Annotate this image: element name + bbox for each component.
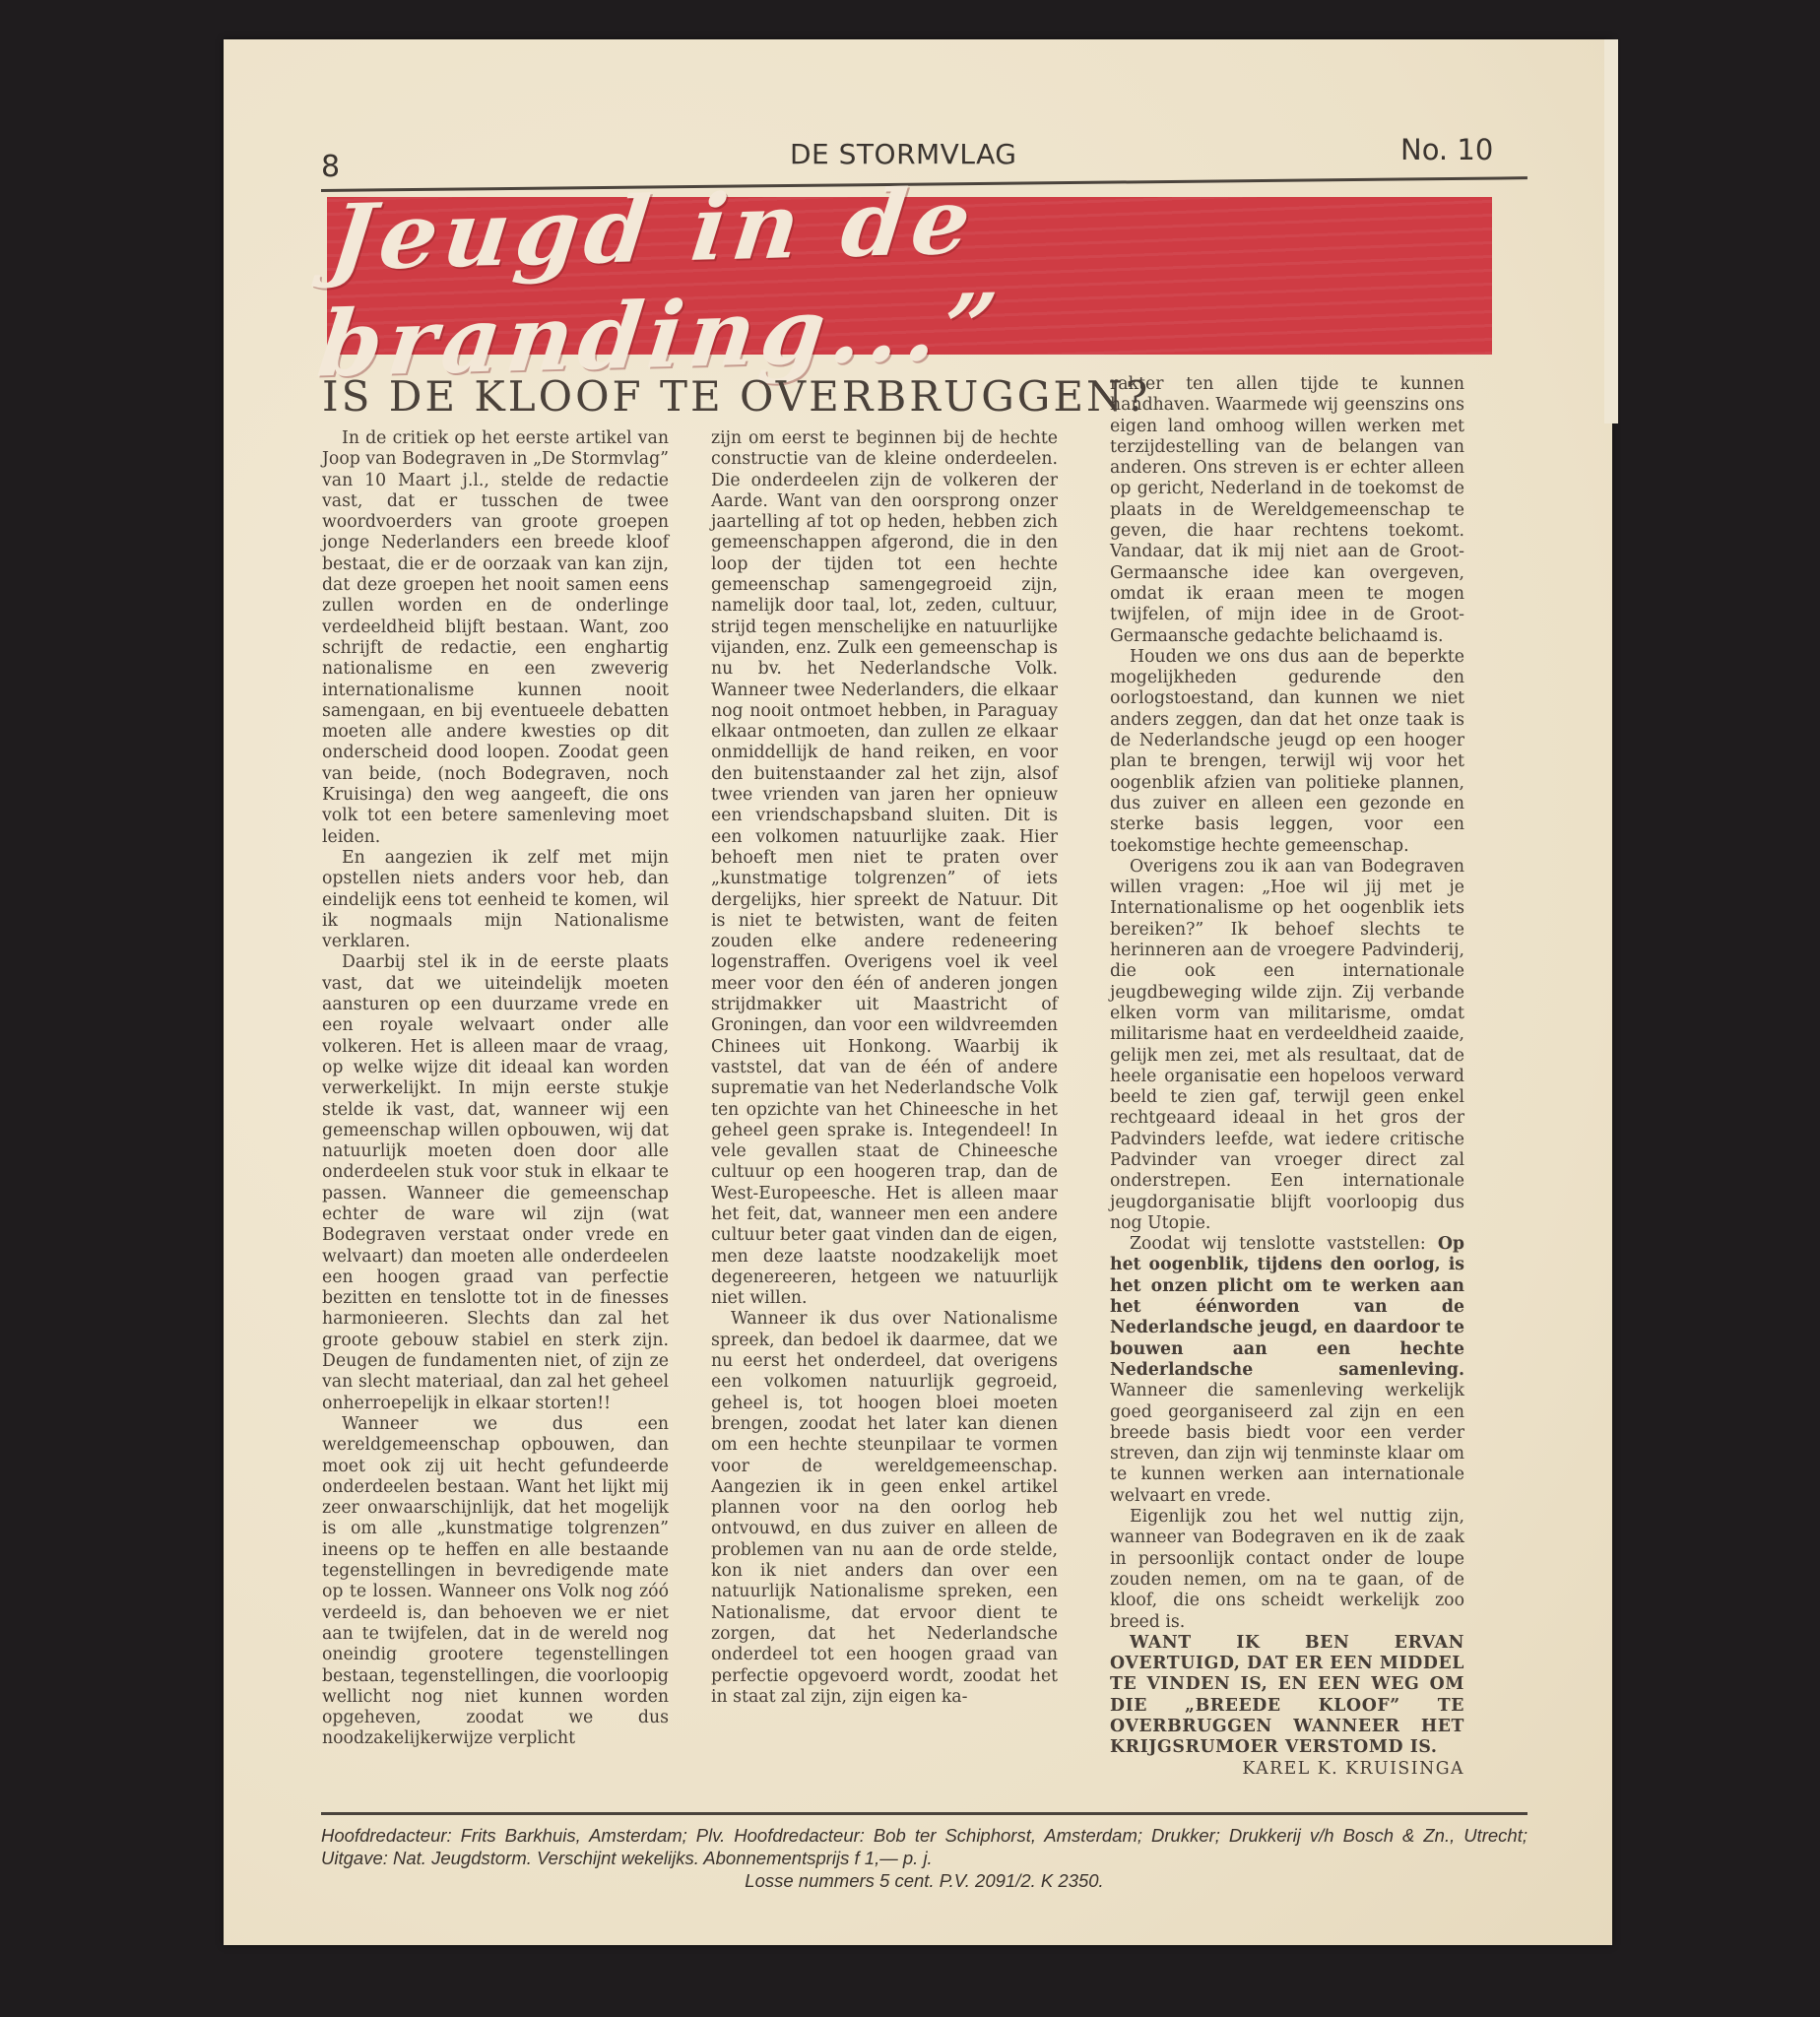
conclusion-bold: Op het oogenblik, tijdens den oorlog, is… bbox=[1110, 1234, 1464, 1380]
colophon-line-2: Losse nummers 5 cent. P.V. 2091/2. K 235… bbox=[321, 1869, 1527, 1892]
author-signature: KAREL K. KRUISINGA bbox=[1110, 1759, 1464, 1780]
caps-statement: WANT IK BEN ERVAN OVERTUIGD, DAT ER EEN … bbox=[1110, 1633, 1464, 1759]
torn-edge bbox=[1604, 39, 1618, 423]
paragraph: In de critiek op het eerste artikel van … bbox=[322, 428, 669, 848]
publication-title: DE STORMVLAG bbox=[790, 138, 1016, 170]
colophon-line-1: Hoofdredacteur: Frits Barkhuis, Amsterda… bbox=[321, 1824, 1527, 1869]
article-column-3: rakter ten allen tijde te kunnen handhav… bbox=[1110, 374, 1464, 1780]
footer-divider bbox=[321, 1812, 1527, 1815]
paragraph: Wanneer we dus een wereldgemeenschap opb… bbox=[322, 1414, 669, 1750]
banner-title: Jeugd in de branding...” bbox=[313, 155, 1507, 398]
conclusion-rest: Wanneer die samenleving werkelijk goed g… bbox=[1110, 1381, 1464, 1505]
conclusion-lead: Zoodat wij tenslotte vaststellen: bbox=[1130, 1234, 1438, 1254]
paragraph: Overigens zou ik aan van Bodegraven will… bbox=[1110, 857, 1464, 1234]
paragraph: En aangezien ik zelf met mijn opstellen … bbox=[322, 848, 669, 952]
paragraph: zijn om eerst te beginnen bij de hechte … bbox=[711, 428, 1058, 1309]
article-column-1: In de critiek op het eerste artikel van … bbox=[322, 428, 669, 1750]
newspaper-page: 8 DE STORMVLAG No. 10 Jeugd in de brandi… bbox=[224, 39, 1612, 1945]
section-banner: Jeugd in de branding...” bbox=[327, 197, 1492, 355]
colophon: Hoofdredacteur: Frits Barkhuis, Amsterda… bbox=[321, 1824, 1527, 1892]
paragraph: Houden we ons dus aan de beperkte mogeli… bbox=[1110, 647, 1464, 857]
article-column-2: zijn om eerst te beginnen bij de hechte … bbox=[711, 428, 1058, 1708]
paragraph: Eigenlijk zou het wel nuttig zijn, wanne… bbox=[1110, 1507, 1464, 1633]
paragraph: Daarbij stel ik in de eerste plaats vast… bbox=[322, 952, 669, 1414]
page-number: 8 bbox=[321, 150, 340, 184]
article-headline: IS DE KLOOF TE OVERBRUGGEN? bbox=[322, 372, 1110, 421]
conclusion-paragraph: Zoodat wij tenslotte vaststellen: Op het… bbox=[1110, 1234, 1464, 1507]
paragraph: rakter ten allen tijde te kunnen handhav… bbox=[1110, 374, 1464, 647]
paragraph: Wanneer ik dus over Nationalisme spreek,… bbox=[711, 1309, 1058, 1708]
